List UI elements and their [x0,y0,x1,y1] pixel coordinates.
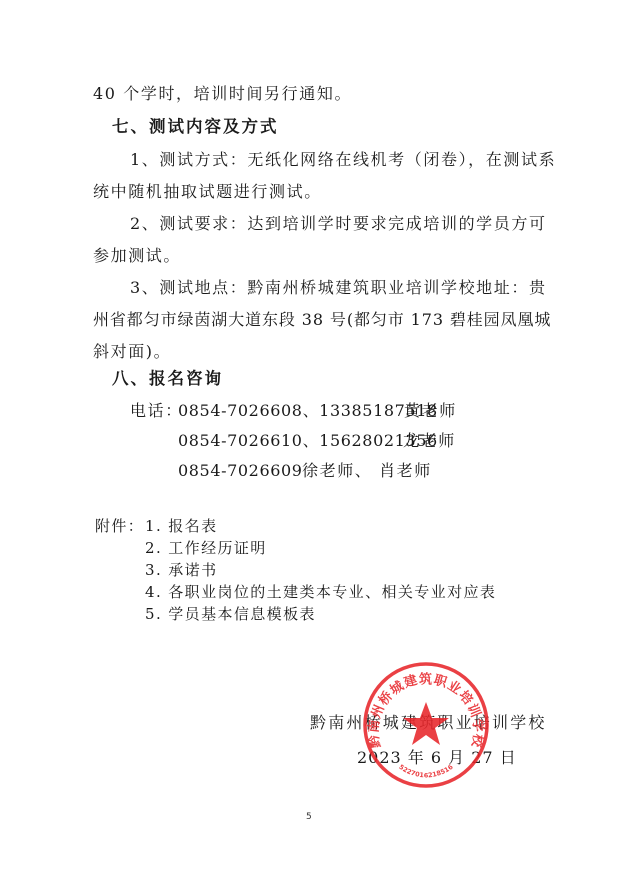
attachment-item-1: 1. 报名表 [145,516,217,536]
signature-organization: 黔南州桥城建筑职业培训学校 [310,713,547,733]
attachments-label: 附件： [95,516,144,536]
phone-label: 电话： [130,401,183,421]
section-7-item3-line3: 斜对面)。 [93,342,171,362]
attachment-item-4: 4. 各职业岗位的土建类本专业、相关专业对应表 [145,582,496,602]
section-7-item1-line2: 统中随机抽取试题进行测试。 [93,182,322,202]
document-page: 40 个学时，培训时间另行通知。 七、测试内容及方式 1、测试方式：无纸化网络在… [0,0,620,877]
stamp-arc-text: 黔南州桥城建筑职业培训学校 [366,671,487,750]
section-7-title: 七、测试内容及方式 [112,117,279,137]
contact-numbers-2: 0854-7026610、15628021356 [178,431,438,451]
attachment-item-2: 2. 工作经历证明 [145,538,267,558]
contact-numbers-3: 0854-7026609 [178,461,303,481]
continuation-text: 40 个学时，培训时间另行通知。 [93,84,352,104]
page-number: 5 [306,812,312,822]
section-7-item1-line1: 1、测试方式：无纸化网络在线机考（闭卷），在测试系 [130,150,556,170]
section-7-item2-line1: 2、测试要求：达到培训学时要求完成培训的学员方可 [130,214,547,234]
contact-name-3: 徐老师、 肖老师 [302,461,432,481]
contact-numbers-1: 0854-7026608、13385187518 [178,401,438,421]
section-7-item2-line2: 参加测试。 [93,246,181,266]
contact-name-2: 龙老师 [403,431,456,451]
attachment-item-3: 3. 承诺书 [145,560,217,580]
section-8-title: 八、报名咨询 [112,369,223,389]
section-7-item3-line2: 州省都匀市绿茵湖大道东段 38 号(都匀市 173 碧桂园凤凰城 [93,310,551,330]
signature-date: 2023 年 6 月 27 日 [357,748,517,768]
attachment-item-5: 5. 学员基本信息模板表 [145,604,316,624]
section-7-item3-line1: 3、测试地点：黔南州桥城建筑职业培训学校地址：贵 [130,278,547,298]
contact-name-1: 黄老师 [404,401,457,421]
